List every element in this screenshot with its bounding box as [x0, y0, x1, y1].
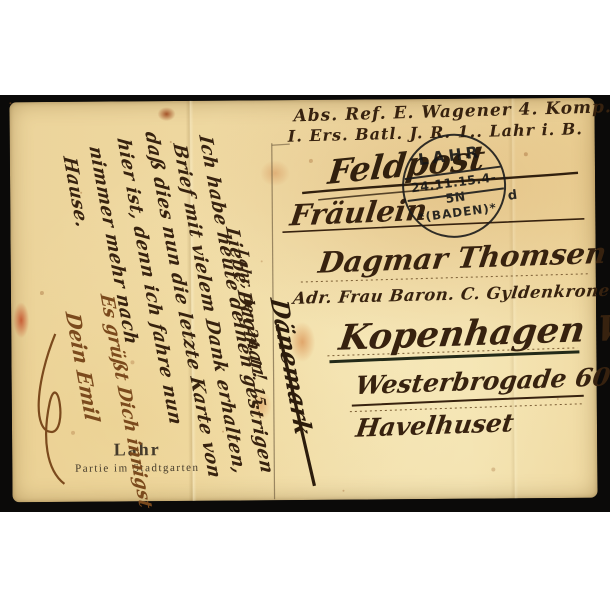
street-name: Westerbrogade 60: [354, 362, 610, 400]
house-text: Havelhuset: [354, 408, 516, 443]
street-text: Westerbrogade 60II: [354, 362, 610, 400]
postcard-back: Lahr Partie im Stadtgarten Abs. Ref. E. …: [9, 98, 597, 503]
recipient-name: Dagmar Thomsen: [316, 236, 608, 280]
country-text: Dänemark: [264, 297, 319, 437]
signature-line-2: Dein Emil: [60, 311, 105, 422]
stain: [157, 107, 175, 121]
stain: [13, 302, 29, 338]
postmark-stamp: LAHR 24.11.15.4-5N *(BADEN)* d: [396, 128, 513, 245]
postcard-scan: Lahr Partie im Stadtgarten Abs. Ref. E. …: [0, 0, 610, 610]
care-of-line: Adr. Frau Baron. C. Gyldenkrone: [292, 281, 610, 308]
stain: [260, 160, 290, 186]
foxing-spots: [9, 102, 11, 104]
city-text: Kopenhagen W.: [336, 307, 610, 359]
postmark-letter: d: [507, 188, 518, 204]
